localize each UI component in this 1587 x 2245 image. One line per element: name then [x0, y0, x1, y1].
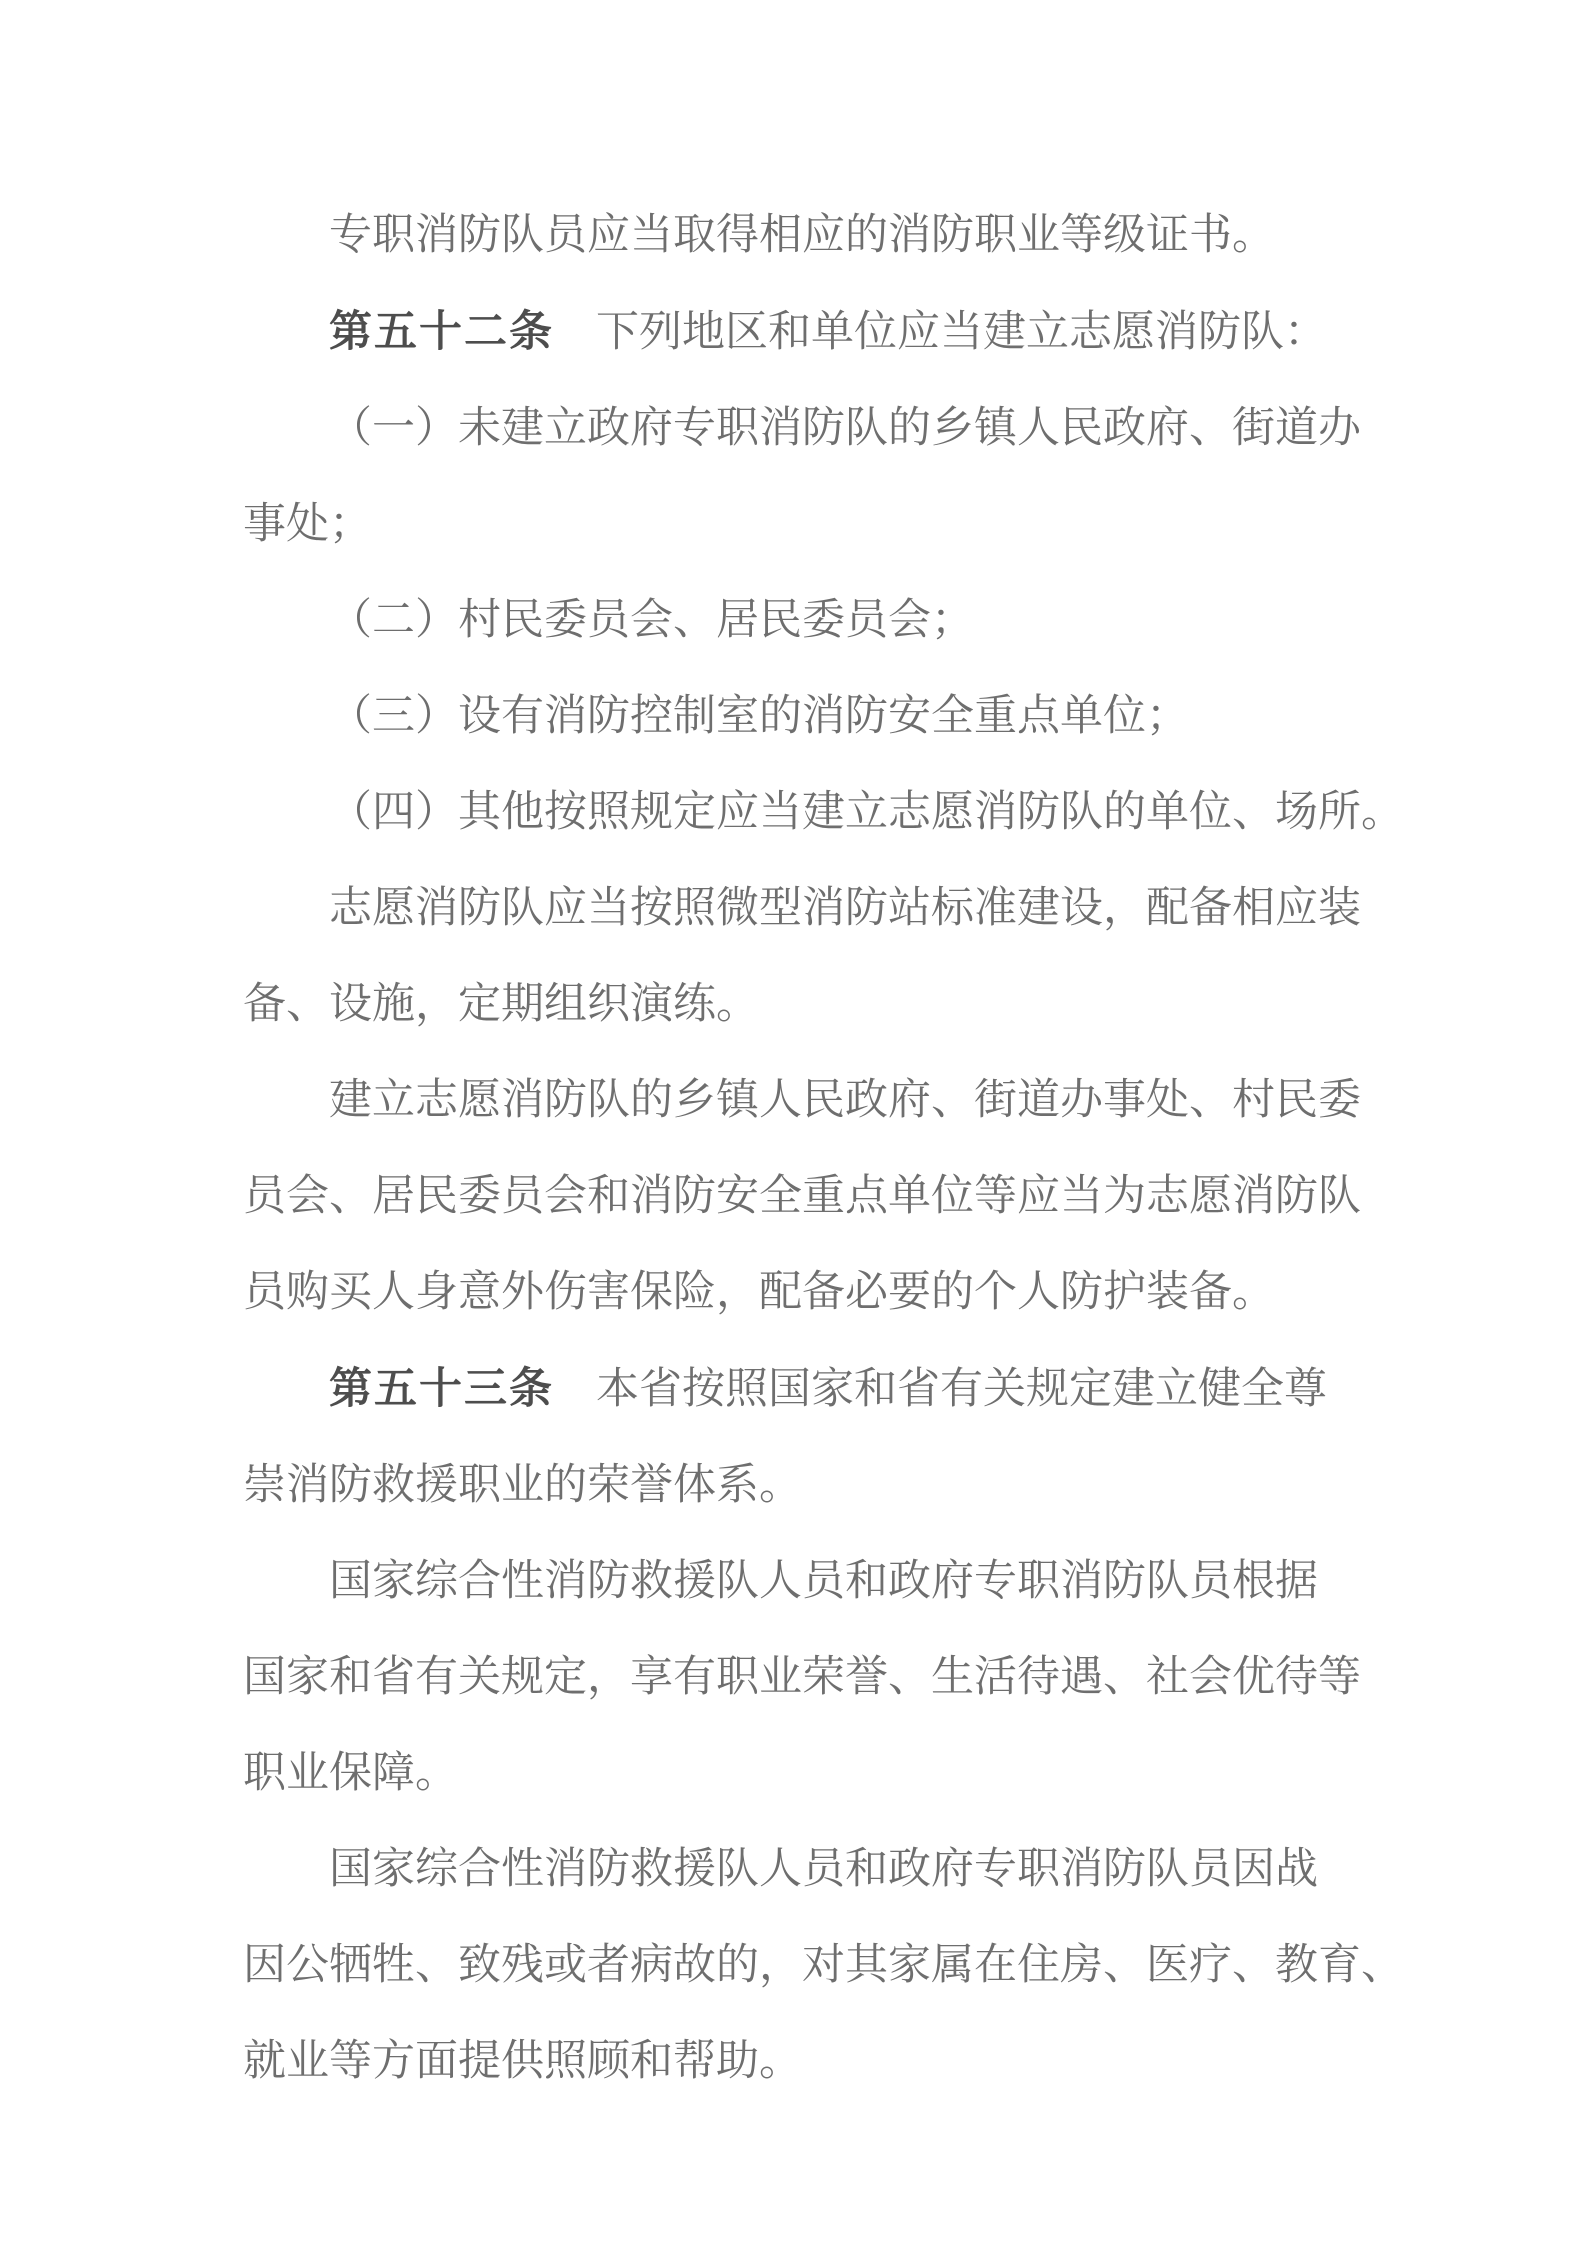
line-text: 员会、居民委员会和消防安全重点单位等应当为志愿消防队: [243, 1173, 1361, 1220]
document-page: 专职消防队员应当取得相应的消防职业等级证书。 第五十二条下列地区和单位应当建立志…: [0, 0, 1587, 2245]
line-text: （二）村民委员会、居民委员会；: [329, 597, 974, 644]
text-line: （一）未建立政府专职消防队的乡镇人民政府、街道办: [243, 381, 1367, 477]
text-line: 就业等方面提供照顾和帮助。: [243, 2014, 1367, 2110]
text-line: 因公牺牲、致残或者病故的，对其家属在住房、医疗、教育、: [243, 1918, 1367, 2014]
text-line: 员会、居民委员会和消防安全重点单位等应当为志愿消防队: [243, 1149, 1367, 1245]
line-text: 因公牺牲、致残或者病故的，对其家属在住房、医疗、教育、: [243, 1942, 1404, 1989]
line-text: 国家综合性消防救援队人员和政府专职消防队员因战: [329, 1846, 1318, 1893]
text-line: （二）村民委员会、居民委员会；: [243, 573, 1367, 669]
line-text: 国家和省有关规定，享有职业荣誉、生活待遇、社会优待等: [243, 1654, 1361, 1701]
text-line: 职业保障。: [243, 1726, 1367, 1822]
text-line-article: 第五十三条本省按照国家和省有关规定建立健全尊: [243, 1341, 1367, 1438]
text-line: 事处；: [243, 477, 1367, 573]
line-text: 崇消防救援职业的荣誉体系。: [243, 1462, 802, 1509]
line-text: 员购买人身意外伤害保险，配备必要的个人防护装备。: [243, 1269, 1275, 1316]
text-line: 建立志愿消防队的乡镇人民政府、街道办事处、村民委: [243, 1053, 1367, 1149]
text-line: 志愿消防队应当按照微型消防站标准建设，配备相应装: [243, 861, 1367, 957]
text-line: 崇消防救援职业的荣誉体系。: [243, 1438, 1367, 1534]
line-text: 国家综合性消防救援队人员和政府专职消防队员根据: [329, 1558, 1318, 1605]
line-text: 职业保障。: [243, 1750, 458, 1797]
line-text: （三）设有消防控制室的消防安全重点单位；: [329, 693, 1189, 740]
line-text: （四）其他按照规定应当建立志愿消防队的单位、场所。: [329, 789, 1404, 836]
line-text: （一）未建立政府专职消防队的乡镇人民政府、街道办: [329, 405, 1361, 452]
text-line: 备、设施，定期组织演练。: [243, 957, 1367, 1053]
text-line: （三）设有消防控制室的消防安全重点单位；: [243, 669, 1367, 765]
text-line: 国家和省有关规定，享有职业荣誉、生活待遇、社会优待等: [243, 1630, 1367, 1726]
article-number: 第五十三条: [329, 1365, 554, 1413]
line-text: 专职消防队员应当取得相应的消防职业等级证书。: [329, 212, 1275, 259]
line-text: 建立志愿消防队的乡镇人民政府、街道办事处、村民委: [329, 1077, 1361, 1124]
document-content: 专职消防队员应当取得相应的消防职业等级证书。 第五十二条下列地区和单位应当建立志…: [243, 188, 1367, 2110]
text-line: （四）其他按照规定应当建立志愿消防队的单位、场所。: [243, 765, 1367, 861]
text-line: 员购买人身意外伤害保险，配备必要的个人防护装备。: [243, 1245, 1367, 1341]
line-text: 备、设施，定期组织演练。: [243, 981, 759, 1028]
line-text: 就业等方面提供照顾和帮助。: [243, 2038, 802, 2085]
line-text: 事处；: [243, 501, 372, 548]
text-line: 国家综合性消防救援队人员和政府专职消防队员因战: [243, 1822, 1367, 1918]
article-text: 下列地区和单位应当建立志愿消防队：: [596, 309, 1327, 356]
line-text: 志愿消防队应当按照微型消防站标准建设，配备相应装: [329, 885, 1361, 932]
text-line: 专职消防队员应当取得相应的消防职业等级证书。: [243, 188, 1367, 284]
article-text: 本省按照国家和省有关规定建立健全尊: [596, 1366, 1327, 1413]
article-number: 第五十二条: [329, 308, 554, 356]
text-line-article: 第五十二条下列地区和单位应当建立志愿消防队：: [243, 284, 1367, 381]
text-line: 国家综合性消防救援队人员和政府专职消防队员根据: [243, 1534, 1367, 1630]
